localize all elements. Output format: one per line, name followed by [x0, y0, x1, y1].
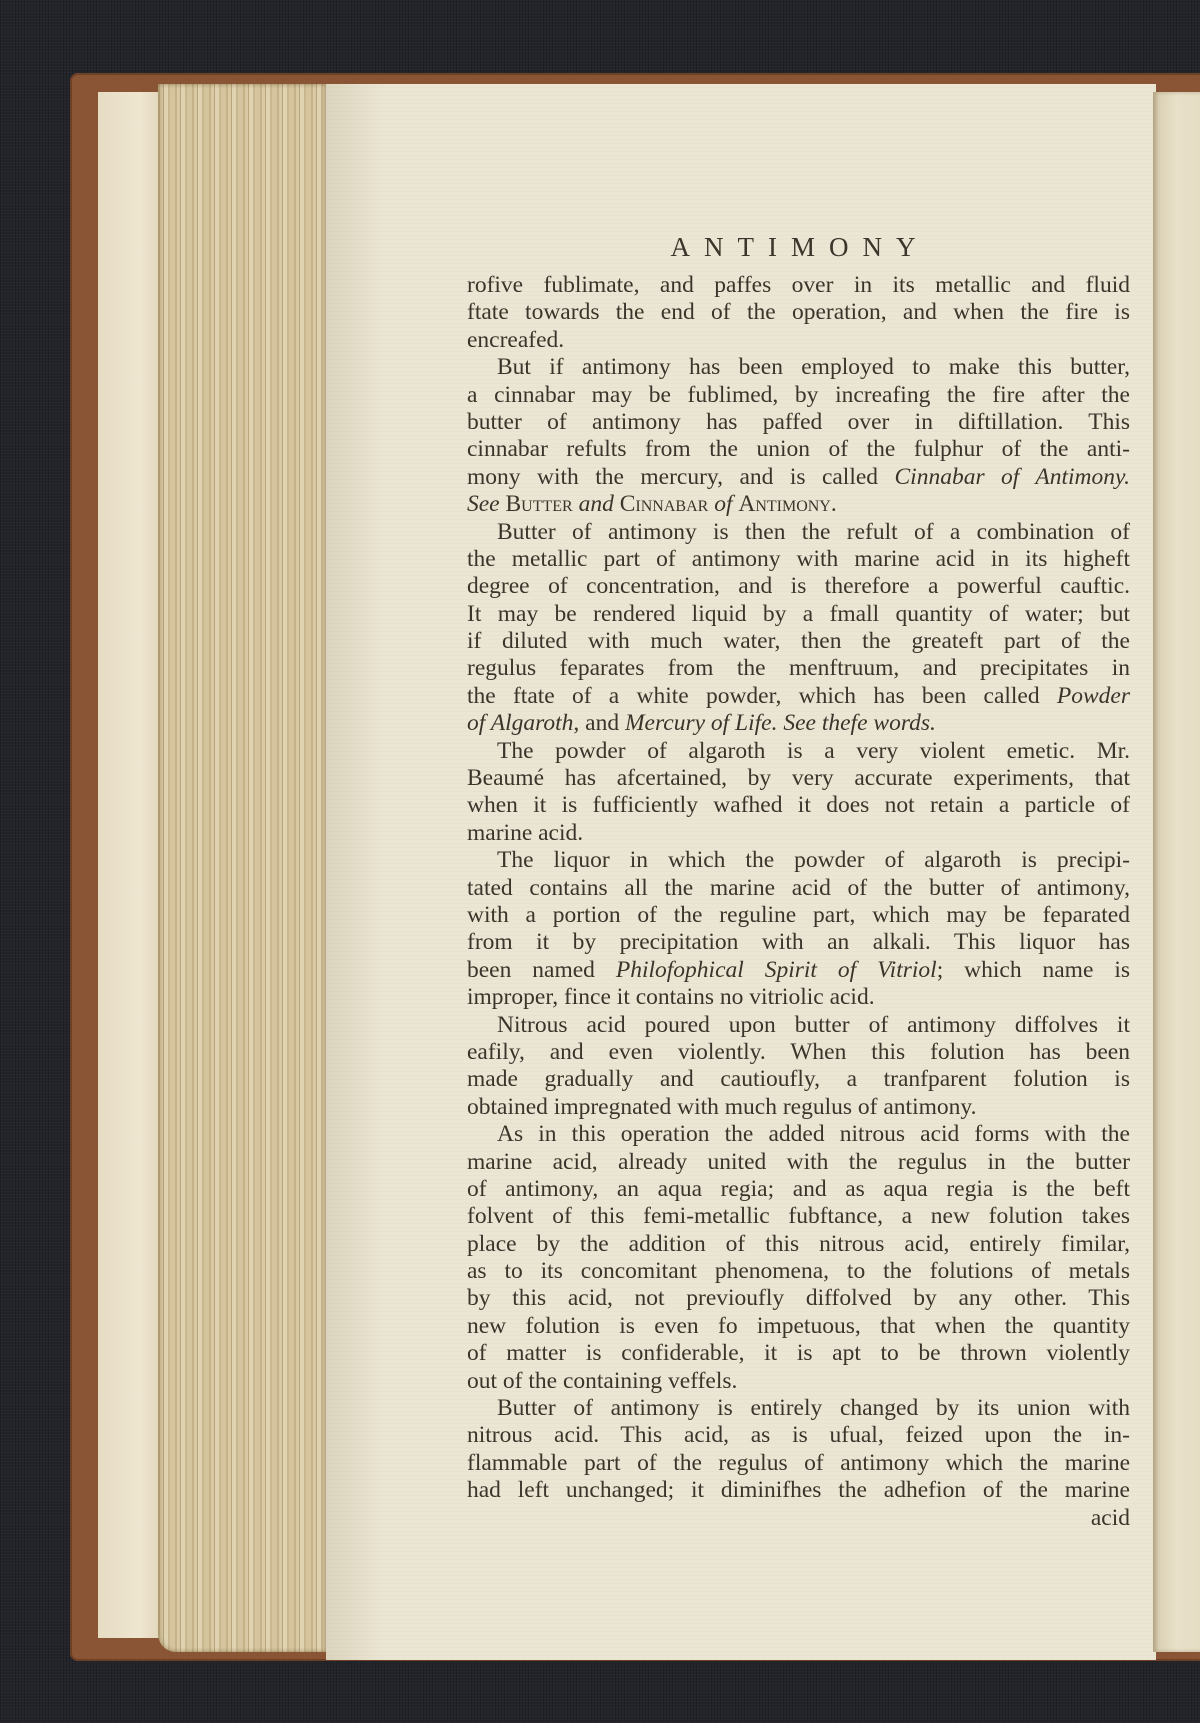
text-line: eafily, and even violently. When this fo…	[467, 1039, 1130, 1066]
text-line: folvent of this femi-metallic fubftance,…	[467, 1203, 1130, 1230]
text-line: ftate towards the end of the operation, …	[467, 299, 1130, 326]
facing-page-edge	[1153, 92, 1200, 1652]
text-line: It may be rendered liquid by a fmall qua…	[467, 601, 1130, 628]
text-line: cinnabar refults from the union of the f…	[467, 436, 1130, 463]
text-line: flammable part of the regulus of antimon…	[467, 1450, 1130, 1477]
text-line: encreafed.	[467, 327, 1130, 354]
text-line: Beaumé has afcertained, by very accurate…	[467, 765, 1130, 792]
text-line: a cinnabar may be fublimed, by increafin…	[467, 382, 1130, 409]
body-text: rofive fublimate, and paffes over in its…	[467, 272, 1130, 1532]
text-line: the metallic part of antimony with marin…	[467, 546, 1130, 573]
catchword: acid	[467, 1505, 1130, 1532]
text-line: The liquor in which the powder of algaro…	[467, 847, 1130, 874]
text-line: See Butter and Cinnabar of Antimony.	[467, 491, 1130, 518]
text-line: degree of concentration, and is therefor…	[467, 573, 1130, 600]
text-line: marine acid.	[467, 820, 1130, 847]
text-line: marine acid, already united with the reg…	[467, 1149, 1130, 1176]
text-line: improper, fince it contains no vitriolic…	[467, 984, 1130, 1011]
text-line: nitrous acid. This acid, as is ufual, fe…	[467, 1422, 1130, 1449]
text-line: The powder of algaroth is a very violent…	[467, 738, 1130, 765]
text-line: of antimony, an aqua regia; and as aqua …	[467, 1176, 1130, 1203]
text-line: tated contains all the marine acid of th…	[467, 875, 1130, 902]
text-line: place by the addition of this nitrous ac…	[467, 1231, 1130, 1258]
text-line: made gradually and cautioufly, a tranfpa…	[467, 1066, 1130, 1093]
text-line: the ftate of a white powder, which has b…	[467, 683, 1130, 710]
text-line: been named Philofophical Spirit of Vitri…	[467, 957, 1130, 984]
text-line: obtained impregnated with much regulus o…	[467, 1094, 1130, 1121]
text-line: new folution is even fo impetuous, that …	[467, 1313, 1130, 1340]
text-line: But if antimony has been employed to mak…	[467, 354, 1130, 381]
text-line: butter of antimony has paffed over in di…	[467, 409, 1130, 436]
text-line: Nitrous acid poured upon butter of antim…	[467, 1012, 1130, 1039]
text-line: mony with the mercury, and is called Cin…	[467, 464, 1130, 491]
text-line: of matter is confiderable, it is apt to …	[467, 1340, 1130, 1367]
text-line: by this acid, not previoufly diffolved b…	[467, 1285, 1130, 1312]
text-line: of Algaroth, and Mercury of Life. See th…	[467, 710, 1130, 737]
page-edges	[158, 84, 328, 1652]
text-line: as to its concomitant phenomena, to the …	[467, 1258, 1130, 1285]
text-line: with a portion of the reguline part, whi…	[467, 902, 1130, 929]
text-line: rofive fublimate, and paffes over in its…	[467, 272, 1130, 299]
text-line: Butter of antimony is then the refult of…	[467, 519, 1130, 546]
text-line: out of the containing veffels.	[467, 1368, 1130, 1395]
running-head: ANTIMONY	[600, 232, 1000, 263]
text-line: Butter of antimony is entirely changed b…	[467, 1395, 1130, 1422]
text-line: if diluted with much water, then the gre…	[467, 628, 1130, 655]
text-line: As in this operation the added nitrous a…	[467, 1121, 1130, 1148]
text-line: had left unchanged; it diminifhes the ad…	[467, 1477, 1130, 1504]
text-line: when it is fufficiently wafhed it does n…	[467, 792, 1130, 819]
text-line: regulus feparates from the menftruum, an…	[467, 655, 1130, 682]
text-line: from it by precipitation with an alkali.…	[467, 929, 1130, 956]
